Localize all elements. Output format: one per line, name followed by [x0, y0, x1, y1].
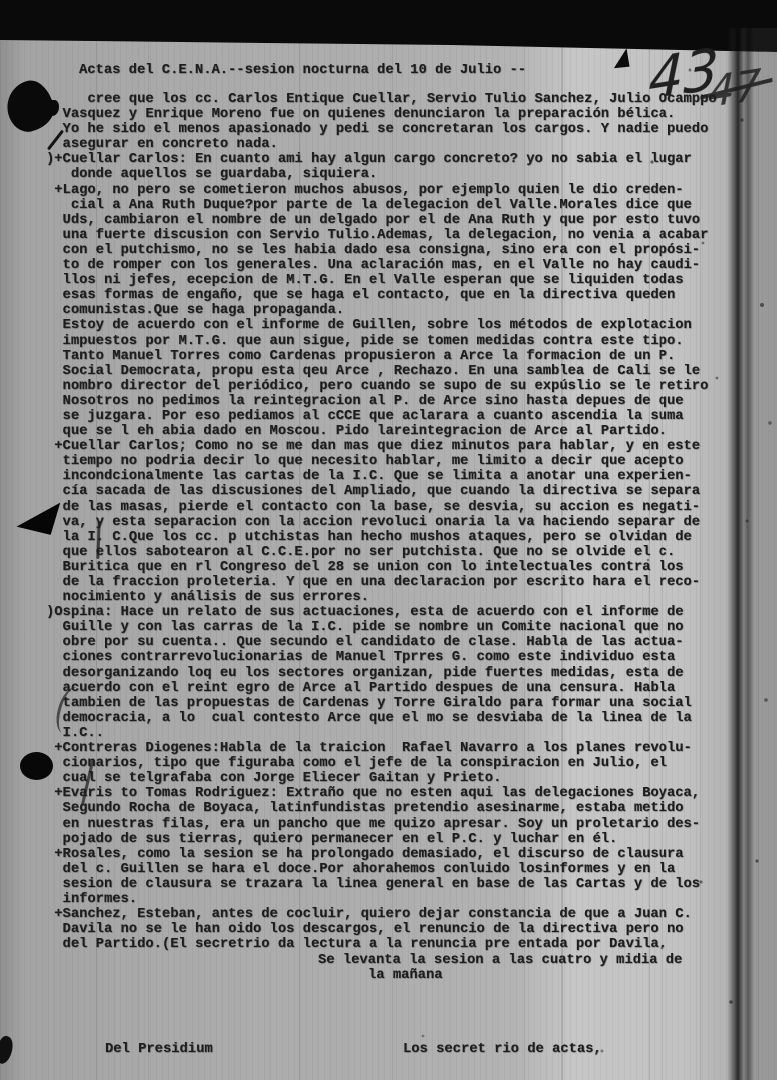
text-line: +Sanchez, Esteban, antes de cocluir, qui…	[46, 907, 717, 922]
text-line: tiempo no podria decir lo que necesito h…	[46, 454, 717, 469]
text-line: incondcionalmente las cartas de la I.C. …	[46, 469, 717, 484]
text-line: cial a Ana Ruth Duque?por parte de la de…	[46, 198, 717, 213]
text-line: del c. Guillen se hara el doce.Por ahora…	[46, 862, 717, 877]
signature-left: Del Presidium	[105, 1042, 213, 1057]
text-line: llos ni jefes, ecepcion de M.T.G. En el …	[46, 273, 717, 288]
text-line: I.C..	[46, 726, 717, 741]
text-line: obre por su cuenta.. Que secundo el cand…	[46, 635, 717, 650]
text-line: +Contreras Diogenes:Habla de la traicion…	[46, 741, 717, 756]
text-line: nombro director del periódico, pero cuan…	[46, 379, 717, 394]
text-line: acuerdo con el reint egro de Arce al Par…	[46, 681, 717, 696]
text-line: )Ospina: Hace un relato de sus actuacion…	[46, 605, 717, 620]
scanned-page: 43 47 Actas del C.E.N.A.--sesion nocturn…	[0, 0, 777, 1080]
text-line: to de romper con los generales. Una acla…	[46, 258, 717, 273]
text-line: en nuestras filas, era un pancho que me …	[46, 817, 717, 832]
text-line: tambien de las propuestas de Cardenas y …	[46, 696, 717, 711]
text-line: asegurar en concreto nada.	[46, 137, 717, 152]
text-line: de la fraccion proleteria. Y que en una …	[46, 575, 717, 590]
text-line: ciones contrarrevolucionarias de Manuel …	[46, 650, 717, 665]
text-line: +Evaris to Tomas Rodriguez: Extraño que …	[46, 786, 717, 801]
text-line: Segundo Rocha de Boyaca, latinfundistas …	[46, 801, 717, 816]
text-line: que se l eh abia dado en Moscou. Pido la…	[46, 424, 717, 439]
closing-line-2: la mañana	[368, 968, 443, 983]
scan-streak	[758, 0, 759, 1080]
text-line: cía sacada de las discusiones del Amplia…	[46, 484, 717, 499]
text-line: la I. C.Que los cc. p utchistas han hech…	[46, 530, 717, 545]
text-line: impuestos por M.T.G. que aun sigue, pide…	[46, 334, 717, 349]
text-line: pojado de sus tierras, quiero permanecer…	[46, 832, 717, 847]
text-line: Vasquez y Enrique Moreno fue on quienes …	[46, 107, 717, 122]
text-line: del Partido.(El secretrio da lectura a l…	[46, 937, 717, 952]
text-line: cree que los cc. Carlos Entique Cuellar,…	[46, 92, 717, 107]
text-line: comunistas.Que se haga propaganda.	[46, 303, 717, 318]
text-line: desorganizando loq eu los sectores organ…	[46, 666, 717, 681]
text-line: se juzgara. Por eso pediamos al cCCE que…	[46, 409, 717, 424]
text-line: Yo he sido el menos apasionado y pedi se…	[46, 122, 717, 137]
text-line: Nosotros no pedimos la reintegracion al …	[46, 394, 717, 409]
text-line: informes.	[46, 892, 717, 907]
text-line: cionarios, tipo que figuraba como el jef…	[46, 756, 717, 771]
text-line: cual se telgrafaba con Jorge Eliecer Gai…	[46, 771, 717, 786]
text-line: nocimiento y análisis de sus errores.	[46, 590, 717, 605]
text-line: Davila no se le han oido los descargos, …	[46, 922, 717, 937]
text-line: una fuerte discusion con Servio Tulio.Ad…	[46, 228, 717, 243]
typescript-body: cree que los cc. Carlos Entique Cuellar,…	[46, 92, 717, 952]
ink-blot	[0, 1034, 16, 1065]
text-line: Social Democrata, propu esta qeu Arce , …	[46, 364, 717, 379]
pen-tick-mark	[614, 47, 633, 72]
signature-right: Los secret rio de actas,	[403, 1042, 602, 1057]
text-line: esas formas de engaño, que se haga el co…	[46, 288, 717, 303]
text-line: +Lago, no pero se cometieron muchos abus…	[46, 183, 717, 198]
text-line: Tanto Manuel Torres como Cardenas propus…	[46, 349, 717, 364]
text-line: democracia, a lo cual contesto Arce que …	[46, 711, 717, 726]
text-line: Guille y con las carras de la I.C. pide …	[46, 620, 717, 635]
text-line: va, y esta separacion con la accion revo…	[46, 515, 717, 530]
text-line: Estoy de acuerdo con el informe de Guill…	[46, 318, 717, 333]
text-line: +Rosales, como la sesion se ha prolongad…	[46, 847, 717, 862]
page-edge-shadow	[727, 28, 777, 1080]
text-line: donde aquellos se guardaba, siquiera.	[46, 167, 717, 182]
text-line: que ellos sabotearon al C.C.E.por no ser…	[46, 545, 717, 560]
text-line: +Cuellar Carlos; Como no se me dan mas q…	[46, 439, 717, 454]
closing-line-1: Se levanta la sesion a las cuatro y midi…	[318, 953, 682, 968]
text-line: Uds, cambiaron el nombre de un delgado p…	[46, 213, 717, 228]
text-line: con el putchismo, no se les habia dado e…	[46, 243, 717, 258]
text-line: de las masas, pierde el contacto con la …	[46, 500, 717, 515]
text-line: sesion de clausura se trazara la linea g…	[46, 877, 717, 892]
text-line: )+Cuellar Carlos: En cuanto ami hay algu…	[46, 152, 717, 167]
text-line: Buritica que en rl Congreso del 28 se un…	[46, 560, 717, 575]
document-heading: Actas del C.E.N.A.--sesion nocturna del …	[79, 63, 526, 78]
